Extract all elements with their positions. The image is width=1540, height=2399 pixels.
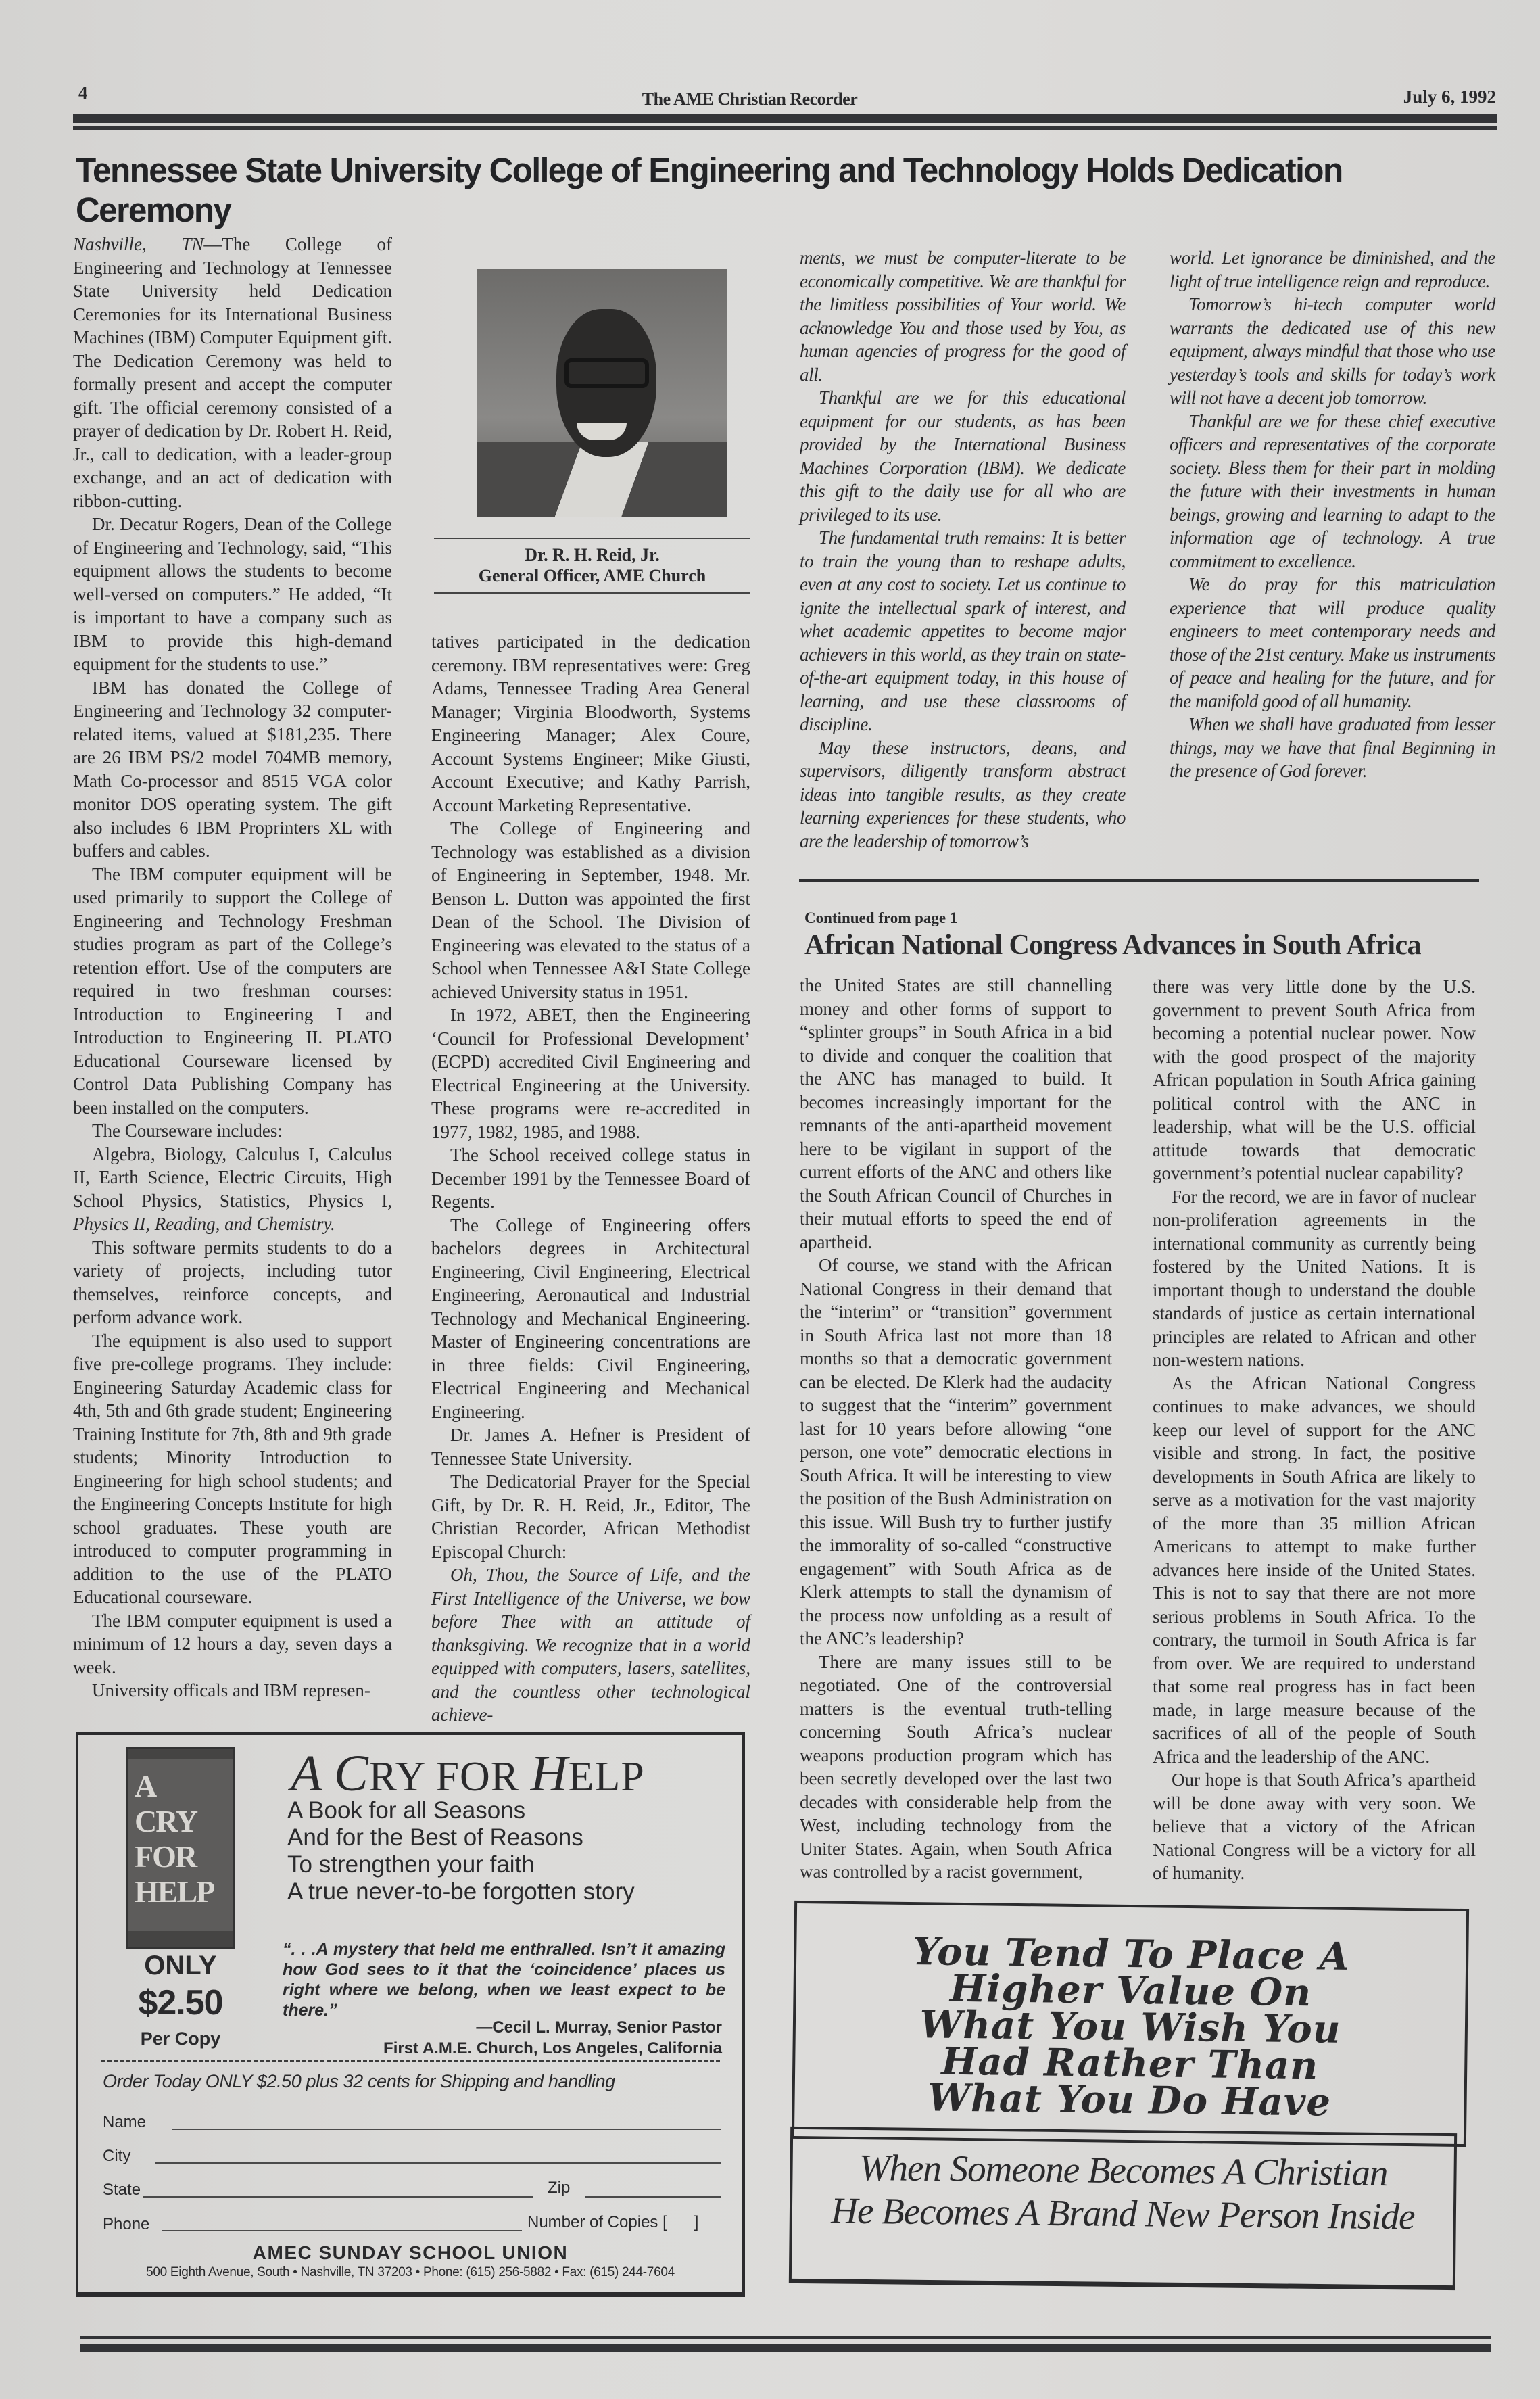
price-block: ONLY $2.50 Per Copy bbox=[123, 1951, 238, 2049]
publisher-address: 500 Eighth Avenue, South • Nashville, TN… bbox=[76, 2265, 745, 2280]
copies-field[interactable]: Number of Copies [ ] bbox=[527, 2213, 698, 2232]
name-field[interactable] bbox=[172, 2129, 721, 2130]
paragraph: IBM has donated the College of Engineeri… bbox=[73, 676, 392, 863]
book-title: A CRY FOR HELP bbox=[291, 1744, 645, 1803]
portrait-photo bbox=[477, 269, 727, 517]
state-field-label: State bbox=[103, 2181, 141, 2200]
anc-column-2: there was very little done by the U.S. g… bbox=[1153, 975, 1476, 1885]
phone-field-label: Phone bbox=[103, 2215, 149, 2234]
order-instructions: Order Today ONLY $2.50 plus 32 cents for… bbox=[103, 2071, 615, 2092]
quote-box-value: You Tend To Place A Higher Value On What… bbox=[792, 1901, 1469, 2147]
coupon-cut-line bbox=[101, 2060, 720, 2062]
paragraph: The IBM computer equipment is used a min… bbox=[73, 1609, 392, 1680]
header-rule-thin bbox=[73, 126, 1497, 130]
continued-kicker: Continued from page 1 bbox=[804, 909, 957, 927]
footer-rule-thin bbox=[80, 2336, 1491, 2339]
footer-rule-thick bbox=[80, 2344, 1491, 2352]
paragraph: The Courseware includes: bbox=[73, 1119, 392, 1143]
endorsement-quote: “. . .A mystery that held me enthralled.… bbox=[283, 1939, 725, 2020]
prayer-column-4: world. Let ignorance be diminished, and … bbox=[1170, 246, 1495, 783]
newspaper-page: 4 The AME Christian Recorder July 6, 199… bbox=[0, 0, 1540, 2399]
quote-box-christian: When Someone Becomes A Christian He Beco… bbox=[789, 2127, 1457, 2290]
photo-caption: Dr. R. H. Reid, Jr. General Officer, AME… bbox=[434, 544, 750, 586]
prayer-opening: Oh, Thou, the Source of Life, and the Fi… bbox=[431, 1563, 750, 1727]
header-rule-thick bbox=[73, 114, 1497, 123]
courseware-list: Algebra, Biology, Calculus I, Calculus I… bbox=[73, 1143, 392, 1236]
caption-rule-top bbox=[434, 538, 750, 539]
lead-paragraph: Nashville, TN—The College of Engineering… bbox=[73, 233, 392, 513]
book-cover-image: A CRY FOR HELP bbox=[126, 1747, 235, 1949]
tsu-column-2: tatives participated in the dedication c… bbox=[431, 630, 750, 1727]
book-cover-title: A CRY FOR HELP bbox=[135, 1769, 222, 1909]
headline-tsu: Tennessee State University College of En… bbox=[76, 150, 1387, 230]
price-amount: $2.50 bbox=[123, 1982, 238, 2023]
paragraph: Dr. Decatur Rogers, Dean of the College … bbox=[73, 513, 392, 676]
book-tagline: A Book for all Seasons And for the Best … bbox=[287, 1797, 635, 1905]
phone-field[interactable] bbox=[162, 2230, 522, 2231]
prayer-column-3: ments, we must be computer-literate to b… bbox=[800, 246, 1126, 853]
paragraph: This software permits students to do a v… bbox=[73, 1236, 392, 1329]
publication-name: The AME Christian Recorder bbox=[0, 89, 1540, 110]
caption-rule-bottom bbox=[434, 592, 750, 594]
city-field-label: City bbox=[103, 2147, 130, 2166]
zip-field[interactable] bbox=[585, 2196, 721, 2198]
headline-anc: African National Congress Advances in So… bbox=[804, 929, 1421, 961]
city-field[interactable] bbox=[155, 2162, 721, 2164]
paragraph: University officals and IBM represen- bbox=[73, 1679, 392, 1703]
state-field[interactable] bbox=[143, 2196, 533, 2198]
dateline-location: Nashville, TN bbox=[73, 234, 203, 254]
name-field-label: Name bbox=[103, 2113, 146, 2132]
section-divider bbox=[799, 879, 1479, 882]
endorsement-attribution: —Cecil L. Murray, Senior Pastor First A.… bbox=[383, 2017, 722, 2059]
glasses-detail bbox=[564, 358, 650, 388]
zip-field-label: Zip bbox=[548, 2179, 570, 2198]
issue-date: July 6, 1992 bbox=[1403, 87, 1496, 108]
paragraph: The IBM computer equipment will be used … bbox=[73, 863, 392, 1120]
tsu-column-1: Nashville, TN—The College of Engineering… bbox=[73, 233, 392, 1703]
publisher-name: AMEC SUNDAY SCHOOL UNION bbox=[76, 2242, 745, 2264]
paragraph: The equipment is also used to support fi… bbox=[73, 1329, 392, 1609]
anc-column-1: the United States are still channelling … bbox=[800, 974, 1112, 1884]
